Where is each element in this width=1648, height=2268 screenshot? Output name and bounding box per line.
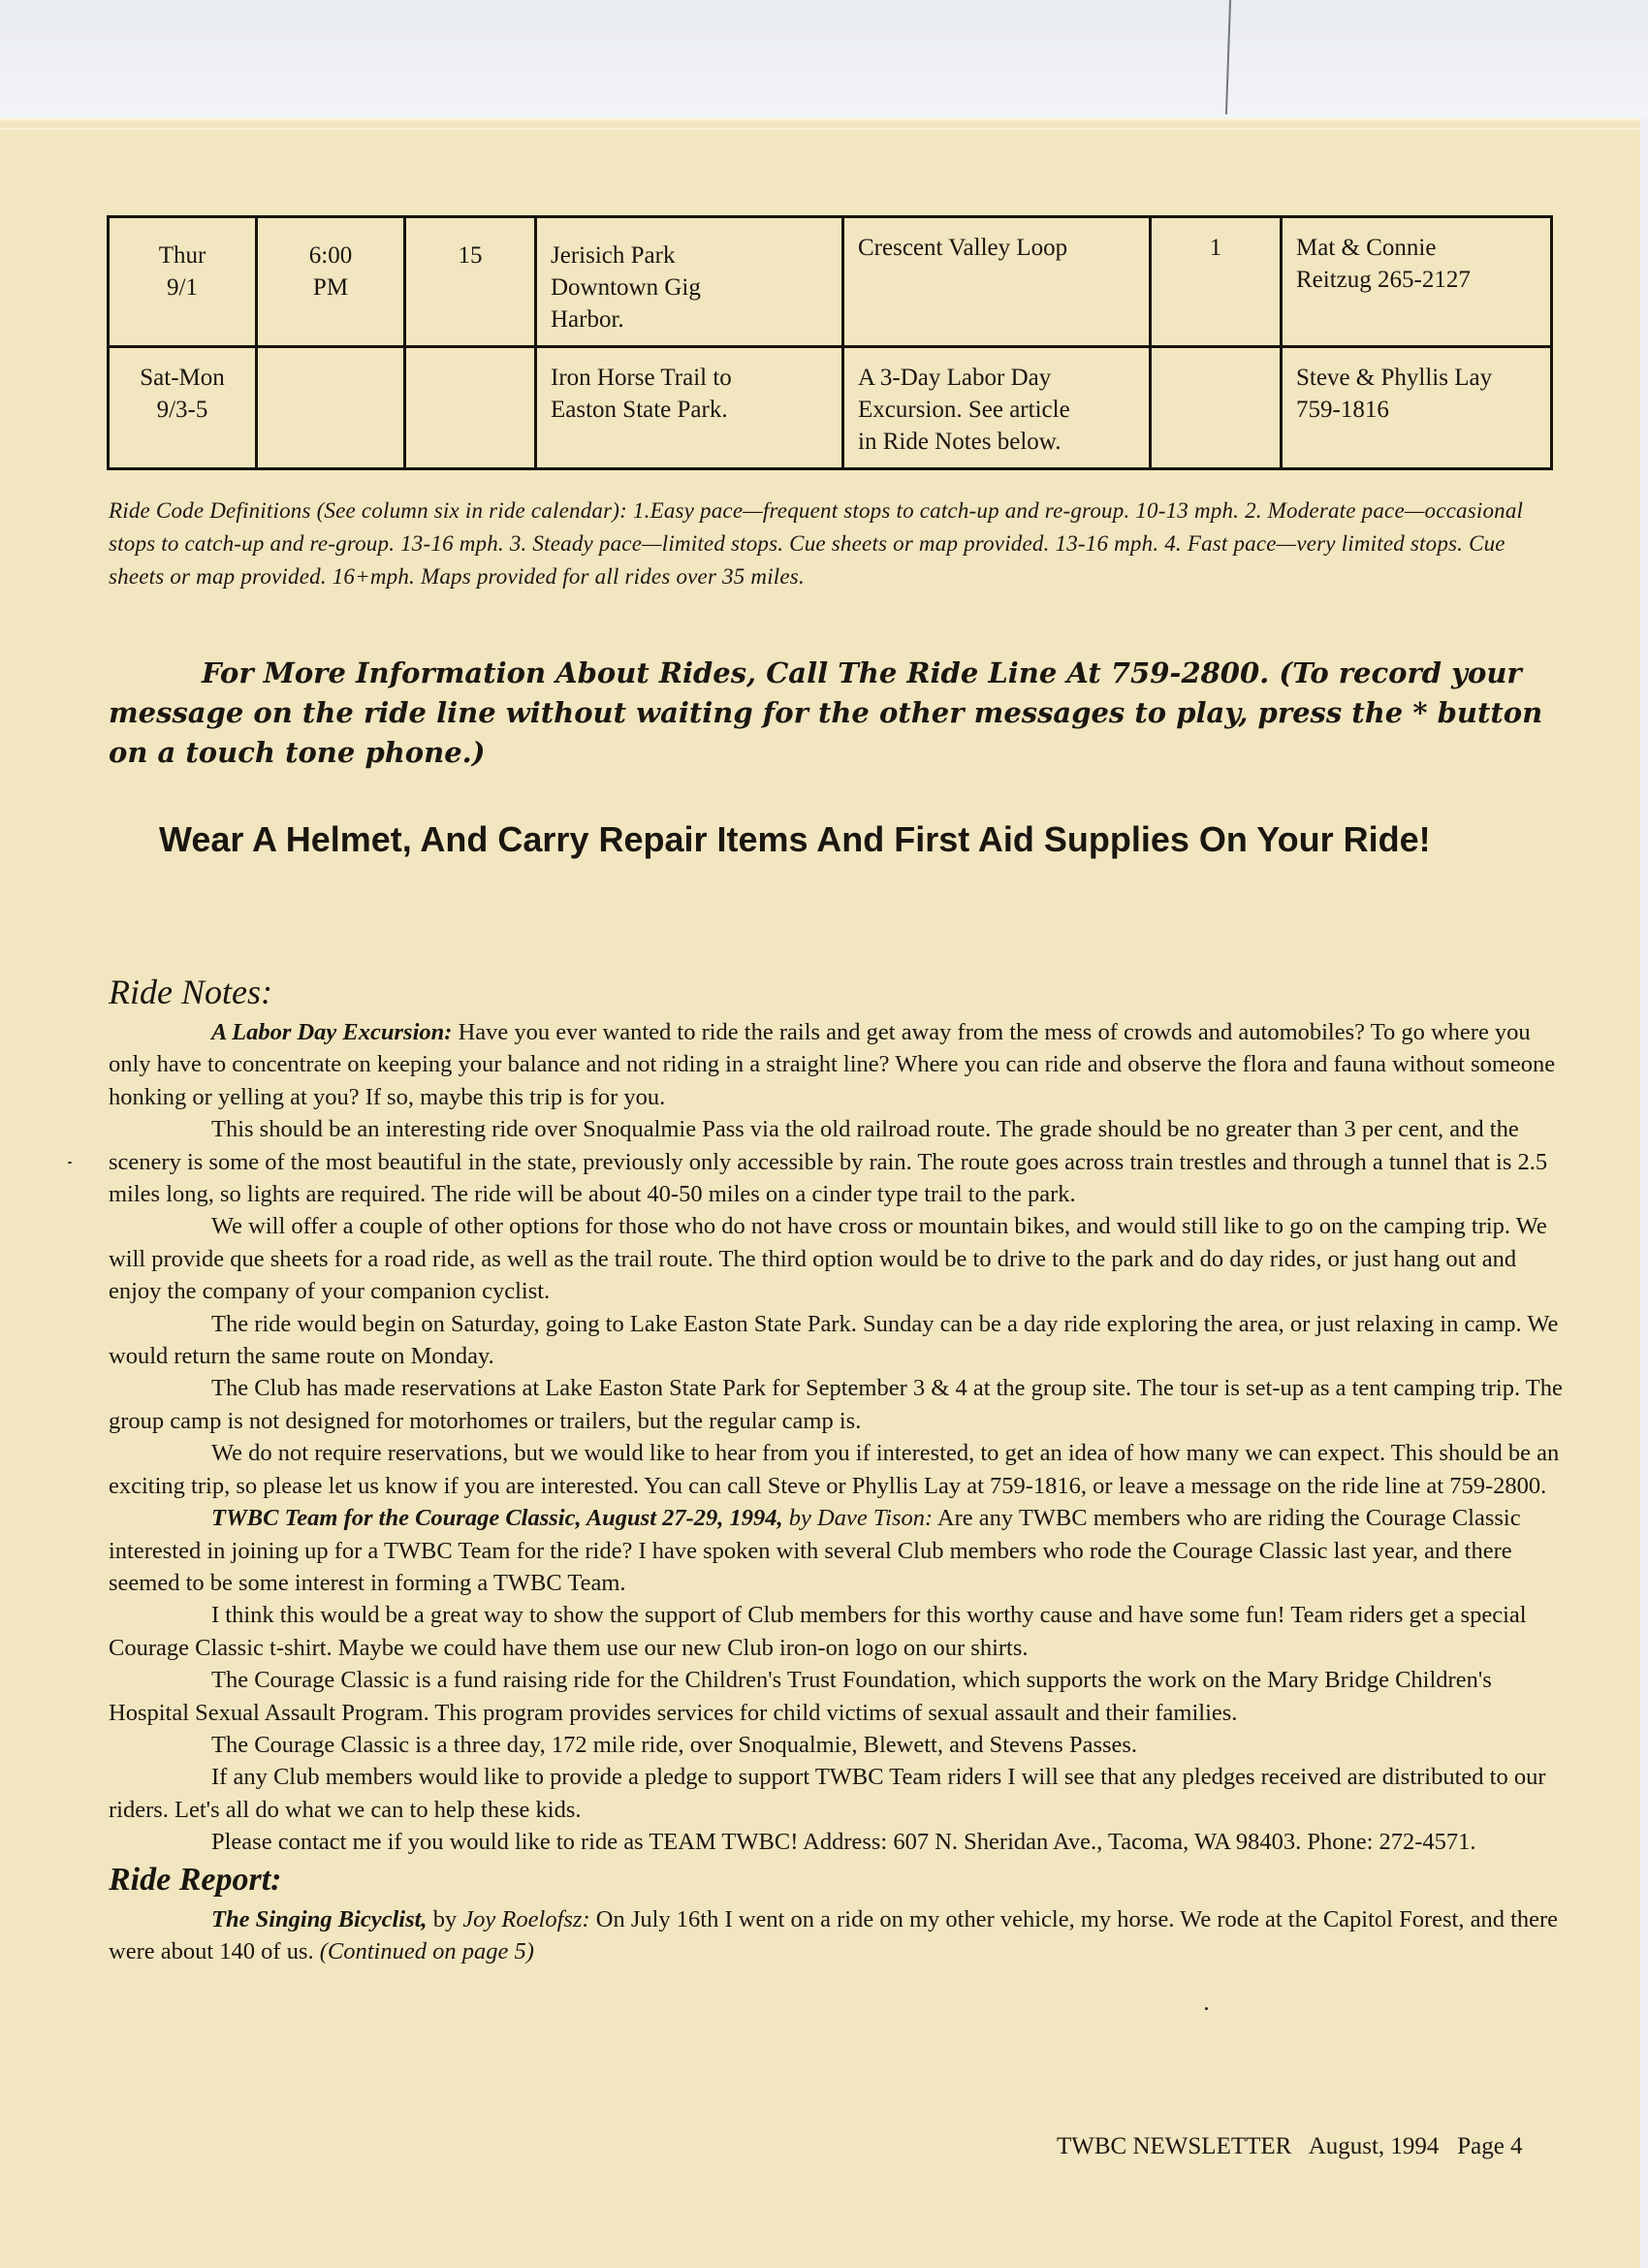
article-paragraph: Please contact me if you would like to r…	[109, 1826, 1565, 1858]
page-footer: TWBC NEWSLETTER August, 1994 Page 4	[1057, 2132, 1561, 2161]
article-title: A Labor Day Excursion:	[211, 1019, 452, 1045]
report-title: The Singing Bicyclist,	[211, 1906, 428, 1933]
cell-text: A 3-Day Labor Day	[858, 362, 1135, 394]
ride-day-cell: Thur9/1	[109, 217, 257, 347]
article-paragraph: I think this would be a great way to sho…	[109, 1599, 1565, 1664]
ride-start-cell: Iron Horse Trail toEaston State Park.	[536, 347, 843, 469]
cell-text: Iron Horse Trail to	[551, 362, 828, 394]
paper-edge	[0, 128, 1640, 130]
continued-note: (Continued on page 5)	[320, 1938, 534, 1965]
article-title: TWBC Team for the Courage Classic, Augus…	[211, 1505, 783, 1531]
cell-text: Downtown Gig	[551, 272, 828, 303]
ride-leader-cell: Mat & ConnieReitzug 265-2127	[1282, 217, 1552, 347]
cell-text: Excursion. See article	[858, 394, 1135, 426]
publication-date: August, 1994	[1309, 2133, 1440, 2159]
paper-speck	[68, 1162, 72, 1164]
article-paragraph: The Club has made reservations at Lake E…	[109, 1372, 1565, 1437]
cell-text: PM	[271, 272, 390, 303]
article-paragraph: If any Club members would like to provid…	[109, 1761, 1565, 1826]
cell-text: 15	[420, 240, 521, 272]
ride-report-heading: Ride Report:	[109, 1861, 1565, 1900]
ride-time-cell	[257, 347, 405, 469]
ride-time-cell: 6:00PM	[257, 217, 405, 347]
courage-classic-article: TWBC Team for the Courage Classic, Augus…	[109, 1502, 1565, 1858]
ride-code-cell	[1151, 347, 1282, 469]
article-paragraph: The Courage Classic is a fund raising ri…	[109, 1664, 1565, 1729]
cell-text: Steve & Phyllis Lay	[1296, 362, 1537, 394]
cell-text: Crescent Valley Loop	[858, 232, 1135, 264]
ride-table-row: Thur9/16:00PM15Jerisich ParkDowntown Gig…	[109, 217, 1552, 347]
article-paragraph: The ride would begin on Saturday, going …	[109, 1308, 1565, 1373]
ride-start-cell: Jerisich ParkDowntown GigHarbor.	[536, 217, 843, 347]
cell-text: 9/3-5	[123, 394, 241, 426]
labor-day-article: A Labor Day Excursion: Have you ever wan…	[109, 1016, 1565, 1502]
ride-report-paragraph: The Singing Bicyclist, by Joy Roelofsz: …	[109, 1903, 1565, 1968]
cell-text: Mat & Connie	[1296, 232, 1537, 264]
scanner-background	[0, 0, 1648, 118]
article-paragraph: We do not require reservations, but we w…	[109, 1437, 1565, 1502]
ride-miles-cell	[405, 347, 536, 469]
ride-day-cell: Sat-Mon9/3-5	[109, 347, 257, 469]
cell-text: 759-1816	[1296, 394, 1537, 426]
ride-miles-cell: 15	[405, 217, 536, 347]
article-paragraph: We will offer a couple of other options …	[109, 1210, 1565, 1307]
ride-leader-cell: Steve & Phyllis Lay759-1816	[1282, 347, 1552, 469]
cell-text: Easton State Park.	[551, 394, 828, 426]
cell-text: Jerisich Park	[551, 240, 828, 272]
ride-notes-heading: Ride Notes:	[109, 972, 1565, 1012]
page-number: Page 4	[1457, 2133, 1522, 2159]
cell-text: 1	[1165, 232, 1266, 264]
ride-route-cell: Crescent Valley Loop	[843, 217, 1151, 347]
paper-speck	[1205, 2007, 1208, 2010]
helmet-safety-notice: Wear A Helmet, And Carry Repair Items An…	[112, 813, 1547, 867]
publication-name: TWBC NEWSLETTER	[1057, 2133, 1291, 2159]
cell-text: Reitzug 265-2127	[1296, 264, 1537, 296]
ride-code-definitions: Ride Code Definitions (See column six in…	[109, 495, 1563, 593]
cell-text: Harbor.	[551, 303, 828, 335]
cell-text: Thur	[123, 240, 241, 272]
ride-table-row: Sat-Mon9/3-5Iron Horse Trail toEaston St…	[109, 347, 1552, 469]
ride-code-cell: 1	[1151, 217, 1282, 347]
report-author: Joy Roelofsz:	[462, 1906, 589, 1933]
article-paragraph: TWBC Team for the Courage Classic, Augus…	[109, 1502, 1565, 1599]
cell-text: 9/1	[123, 272, 241, 303]
cell-text: Sat-Mon	[123, 362, 241, 394]
article-paragraph: The Courage Classic is a three day, 172 …	[109, 1729, 1565, 1761]
article-paragraph: This should be an interesting ride over …	[109, 1113, 1565, 1210]
ride-route-cell: A 3-Day Labor DayExcursion. See articlei…	[843, 347, 1151, 469]
ride-line-notice: For More Information About Rides, Call T…	[109, 654, 1553, 773]
cell-text: in Ride Notes below.	[858, 426, 1135, 458]
ride-calendar-table: Thur9/16:00PM15Jerisich ParkDowntown Gig…	[107, 215, 1553, 470]
article-byline: by Dave Tison:	[789, 1505, 933, 1531]
cell-text: 6:00	[271, 240, 390, 272]
ride-notes-section: Ride Notes: A Labor Day Excursion: Have …	[109, 972, 1565, 1967]
article-paragraph: A Labor Day Excursion: Have you ever wan…	[109, 1016, 1565, 1113]
